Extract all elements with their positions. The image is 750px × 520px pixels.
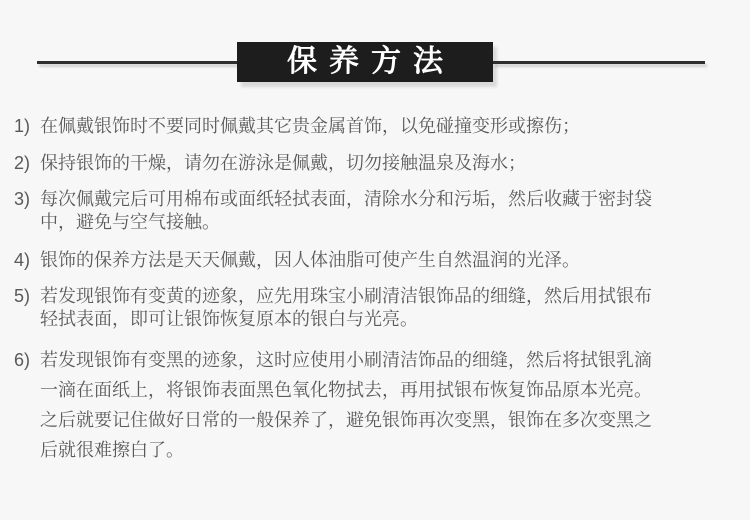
item-number: 6)	[14, 345, 40, 375]
list-item-2: 2) 保持银饰的干燥，请勿在游泳是佩戴，切勿接触温泉及海水；	[14, 151, 740, 175]
list-item-6: 6) 若发现银饰有变黑的迹象，这时应使用小刷清洁饰品的细缝，然后将拭银乳滴 一滴…	[14, 345, 740, 465]
item-text: 保持银饰的干燥，请勿在游泳是佩戴，切勿接触温泉及海水；	[40, 151, 740, 175]
header-divider-left	[37, 61, 237, 64]
item-line: 每次佩戴完后可用棉布或面纸轻拭表面，清除水分和污垢，然后收藏于密封袋	[40, 188, 740, 211]
list-item-3: 3) 每次佩戴完后可用棉布或面纸轻拭表面，清除水分和污垢，然后收藏于密封袋 中，…	[14, 188, 740, 235]
item-line: 若发现银饰有变黑的迹象，这时应使用小刷清洁饰品的细缝，然后将拭银乳滴	[40, 345, 740, 375]
item-line: 保持银饰的干燥，请勿在游泳是佩戴，切勿接触温泉及海水；	[40, 151, 740, 175]
care-instructions-list: 1) 在佩戴银饰时不要同时佩戴其它贵金属首饰，以免碰撞变形或擦伤； 2) 保持银…	[0, 114, 750, 465]
item-number: 2)	[14, 151, 40, 175]
header: 保养方法	[0, 42, 750, 82]
item-line: 一滴在面纸上，将银饰表面黑色氧化物拭去，再用拭银布恢复饰品原本光亮。	[40, 375, 740, 405]
header-divider-right	[493, 61, 705, 64]
item-number: 4)	[14, 248, 40, 272]
item-text: 若发现银饰有变黄的迹象，应先用珠宝小刷清洁银饰品的细缝，然后用拭银布 轻拭表面，…	[40, 285, 740, 332]
item-text: 每次佩戴完后可用棉布或面纸轻拭表面，清除水分和污垢，然后收藏于密封袋 中，避免与…	[40, 188, 740, 235]
item-number: 1)	[14, 114, 40, 138]
item-line: 中，避免与空气接触。	[40, 211, 740, 234]
list-item-5: 5) 若发现银饰有变黄的迹象，应先用珠宝小刷清洁银饰品的细缝，然后用拭银布 轻拭…	[14, 285, 740, 332]
item-line: 银饰的保养方法是天天佩戴，因人体油脂可使产生自然温润的光泽。	[40, 248, 740, 272]
item-text: 在佩戴银饰时不要同时佩戴其它贵金属首饰，以免碰撞变形或擦伤；	[40, 114, 740, 138]
item-number: 3)	[14, 188, 40, 211]
item-line: 在佩戴银饰时不要同时佩戴其它贵金属首饰，以免碰撞变形或擦伤；	[40, 114, 740, 138]
item-text: 银饰的保养方法是天天佩戴，因人体油脂可使产生自然温润的光泽。	[40, 248, 740, 272]
item-number: 5)	[14, 285, 40, 308]
item-line: 若发现银饰有变黄的迹象，应先用珠宝小刷清洁银饰品的细缝，然后用拭银布	[40, 285, 740, 308]
page-title: 保养方法	[287, 47, 455, 77]
list-item-4: 4) 银饰的保养方法是天天佩戴，因人体油脂可使产生自然温润的光泽。	[14, 248, 740, 272]
list-item-1: 1) 在佩戴银饰时不要同时佩戴其它贵金属首饰，以免碰撞变形或擦伤；	[14, 114, 740, 138]
item-line: 之后就要记住做好日常的一般保养了，避免银饰再次变黑，银饰在多次变黑之	[40, 405, 740, 435]
item-line: 轻拭表面，即可让银饰恢复原本的银白与光亮。	[40, 308, 740, 331]
care-methods-banner: 保养方法	[237, 42, 493, 82]
item-text: 若发现银饰有变黑的迹象，这时应使用小刷清洁饰品的细缝，然后将拭银乳滴 一滴在面纸…	[40, 345, 740, 465]
item-line: 后就很难擦白了。	[40, 435, 740, 465]
